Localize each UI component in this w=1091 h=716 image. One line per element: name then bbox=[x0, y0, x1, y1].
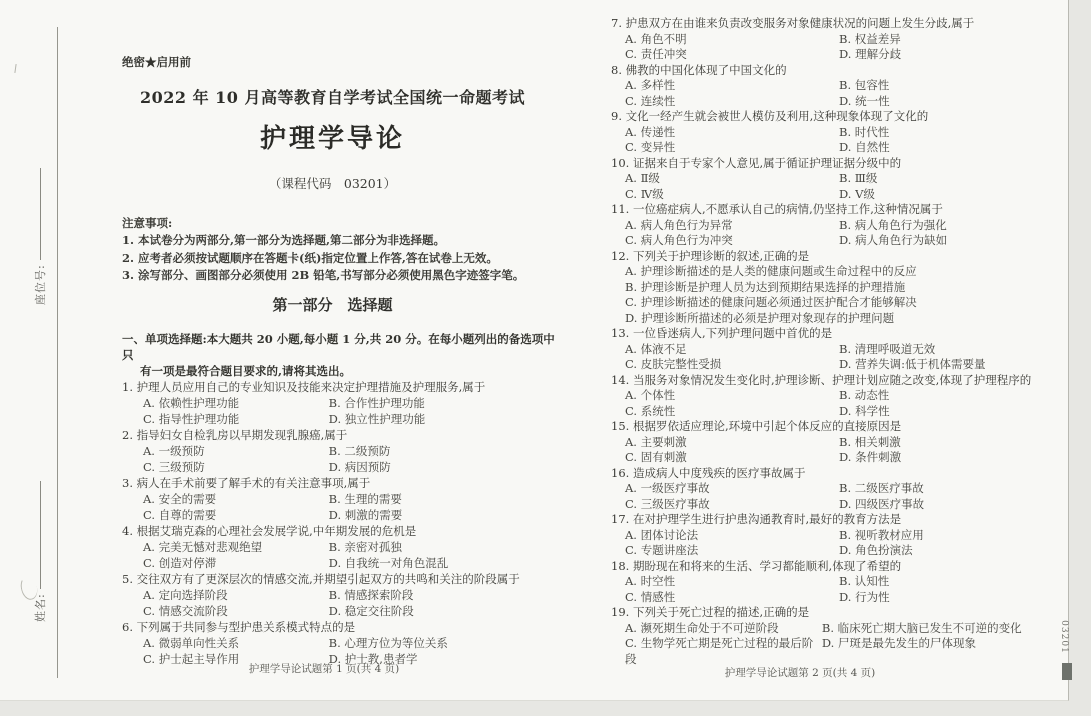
option-list: A. 一级医疗事故B. 二级医疗事故C. 三级医疗事故D. 四级医疗事故 bbox=[605, 481, 1053, 512]
question: 1. 护理人员应用自己的专业知识及技能来决定护理措施及护理服务,属于A. 依赖性… bbox=[100, 379, 565, 427]
question-stem: 10. 证据来自于专家个人意见,属于循证护理证据分级中的 bbox=[605, 156, 1053, 172]
question-area: 一、单项选择题:本大题共 20 小题,每小题 1 分,共 20 分。在每小题列出… bbox=[100, 331, 565, 667]
option: C. 皮肤完整性受损 bbox=[625, 357, 839, 373]
option: A. Ⅱ级 bbox=[625, 171, 839, 187]
option: C. Ⅳ级 bbox=[625, 187, 839, 203]
option: C. 自尊的需要 bbox=[143, 507, 329, 523]
option-list: A. 多样性B. 包容性C. 连续性D. 统一性 bbox=[605, 78, 1053, 109]
question: 11. 一位癌症病人,不愿承认自己的病情,仍坚持工作,这种情况属于A. 病人角色… bbox=[605, 202, 1053, 249]
option: A. 安全的需要 bbox=[143, 491, 329, 507]
section-instruction: 一、单项选择题:本大题共 20 小题,每小题 1 分,共 20 分。在每小题列出… bbox=[100, 331, 565, 379]
option-list: A. 时空性B. 认知性C. 情感性D. 行为性 bbox=[605, 574, 1053, 605]
seat-number-label: 座位号: bbox=[34, 264, 47, 305]
option-list: A. 主要刺激B. 相关刺激C. 固有刺激D. 条件刺激 bbox=[605, 435, 1053, 466]
question-stem: 19. 下列关于死亡过程的描述,正确的是 bbox=[605, 605, 1053, 621]
left-margin-rule bbox=[57, 27, 58, 678]
question-list: 1. 护理人员应用自己的专业知识及技能来决定护理措施及护理服务,属于A. 依赖性… bbox=[100, 379, 565, 667]
registration-mark bbox=[1062, 663, 1072, 680]
option: A. 依赖性护理功能 bbox=[143, 395, 329, 411]
option: B. 临床死亡期大脑已发生不可逆的变化 bbox=[822, 621, 1053, 637]
notice-item: 1. 本试卷分为两部分,第一部分为选择题,第二部分为非选择题。 bbox=[122, 232, 524, 250]
option: B. 视听教材应用 bbox=[839, 528, 1053, 544]
option: C. 三级预防 bbox=[143, 459, 329, 475]
question-stem: 3. 病人在手术前要了解手术的有关注意事项,属于 bbox=[100, 475, 565, 491]
classification-banner: 绝密★启用前 bbox=[122, 54, 191, 70]
option: D. 自我统一对角色混乱 bbox=[329, 555, 565, 571]
option-list: A. 病人角色行为异常B. 病人角色行为强化C. 病人角色行为冲突D. 病人角色… bbox=[605, 218, 1053, 249]
question-stem: 2. 指导妇女自检乳房以早期发现乳腺癌,属于 bbox=[100, 427, 565, 443]
question-stem: 14. 当服务对象情况发生变化时,护理诊断、护理计划应随之改变,体现了护理程序的 bbox=[605, 373, 1053, 389]
option-list: A. 安全的需要B. 生理的需要C. 自尊的需要D. 刺激的需要 bbox=[100, 491, 565, 523]
notice-list: 1. 本试卷分为两部分,第一部分为选择题,第二部分为非选择题。 2. 应考者必须… bbox=[122, 232, 524, 285]
option-list: A. 个体性B. 动态性C. 系统性D. 科学性 bbox=[605, 388, 1053, 419]
question-area: 7. 护患双方在由谁来负责改变服务对象健康状况的问题上发生分歧,属于A. 角色不… bbox=[605, 16, 1053, 667]
option: A. 角色不明 bbox=[625, 32, 839, 48]
option: A. 定向选择阶段 bbox=[143, 587, 329, 603]
page-footer: 护理学导论试题第 1 页(共 4 页) bbox=[100, 661, 548, 676]
question-stem: 17. 在对护理学生进行护患沟通教育时,最好的教育方法是 bbox=[605, 512, 1053, 528]
name-label: 姓名: bbox=[34, 593, 47, 622]
question-stem: 9. 文化一经产生就会被世人模仿及利用,这种现象体现了文化的 bbox=[605, 109, 1053, 125]
option: B. 二级医疗事故 bbox=[839, 481, 1053, 497]
option: D. 稳定交往阶段 bbox=[329, 603, 565, 619]
option: D. 科学性 bbox=[839, 404, 1053, 420]
option: B. 权益差异 bbox=[839, 32, 1053, 48]
seat-number-blank-line bbox=[39, 168, 41, 260]
option: A. 传递性 bbox=[625, 125, 839, 141]
option-list: A. 完美无憾对悲观绝望B. 亲密对孤独C. 创造对停滞D. 自我统一对角色混乱 bbox=[100, 539, 565, 571]
option: A. 完美无憾对悲观绝望 bbox=[143, 539, 329, 555]
option: C. 病人角色行为冲突 bbox=[625, 233, 839, 249]
option: B. 情感探索阶段 bbox=[329, 587, 565, 603]
section-title: 第一部分 选择题 bbox=[100, 294, 565, 315]
option: A. 微弱单向性关系 bbox=[143, 635, 329, 651]
question: 3. 病人在手术前要了解手术的有关注意事项,属于A. 安全的需要B. 生理的需要… bbox=[100, 475, 565, 523]
question: 10. 证据来自于专家个人意见,属于循证护理证据分级中的A. Ⅱ级B. Ⅲ级C.… bbox=[605, 156, 1053, 203]
option: D. 行为性 bbox=[839, 590, 1053, 606]
question: 16. 造成病人中度残疾的医疗事故属于A. 一级医疗事故B. 二级医疗事故C. … bbox=[605, 466, 1053, 513]
question-stem: 13. 一位昏迷病人,下列护理问题中首优的是 bbox=[605, 326, 1053, 342]
option: B. 病人角色行为强化 bbox=[839, 218, 1053, 234]
option: C. 专题讲座法 bbox=[625, 543, 839, 559]
question-stem: 6. 下列属于共同参与型护患关系模式特点的是 bbox=[100, 619, 565, 635]
option: B. 动态性 bbox=[839, 388, 1053, 404]
option: D. 病人角色行为缺如 bbox=[839, 233, 1053, 249]
option-list: A. Ⅱ级B. Ⅲ级C. Ⅳ级D. Ⅴ级 bbox=[605, 171, 1053, 202]
instruction-line: 一、单项选择题:本大题共 20 小题,每小题 1 分,共 20 分。在每小题列出… bbox=[100, 331, 565, 363]
notice-title: 注意事项: bbox=[122, 215, 172, 231]
question: 2. 指导妇女自检乳房以早期发现乳腺癌,属于A. 一级预防B. 二级预防C. 三… bbox=[100, 427, 565, 475]
option: A. 多样性 bbox=[625, 78, 839, 94]
edge-course-code: 03201 bbox=[1059, 617, 1069, 657]
question-stem: 15. 根据罗依适应理论,环境中引起个体反应的直接原因是 bbox=[605, 419, 1053, 435]
question-stem: 8. 佛教的中国化体现了中国文化的 bbox=[605, 63, 1053, 79]
option: B. 认知性 bbox=[839, 574, 1053, 590]
option-list: A. 传递性B. 时代性C. 变异性D. 自然性 bbox=[605, 125, 1053, 156]
notice-item: 3. 涂写部分、画图部分必须使用 2B 铅笔,书写部分必须使用黑色字迹签字笔。 bbox=[122, 267, 524, 285]
question-stem: 16. 造成病人中度残疾的医疗事故属于 bbox=[605, 466, 1053, 482]
option-list: A. 护理诊断描述的是人类的健康问题或生命过程中的反应B. 护理诊断是护理人员为… bbox=[605, 264, 1053, 326]
option: B. 包容性 bbox=[839, 78, 1053, 94]
option: A. 体液不足 bbox=[625, 342, 839, 358]
question: 13. 一位昏迷病人,下列护理问题中首优的是A. 体液不足B. 清理呼吸道无效C… bbox=[605, 326, 1053, 373]
option: D. 病因预防 bbox=[329, 459, 565, 475]
option: D. 角色扮演法 bbox=[839, 543, 1053, 559]
question-stem: 1. 护理人员应用自己的专业知识及技能来决定护理措施及护理服务,属于 bbox=[100, 379, 565, 395]
option: D. 尸斑是最先发生的尸体现象 bbox=[822, 636, 1053, 667]
question-stem: 18. 期盼现在和将来的生活、学习都能顺利,体现了希望的 bbox=[605, 559, 1053, 575]
question: 9. 文化一经产生就会被世人模仿及利用,这种现象体现了文化的A. 传递性B. 时… bbox=[605, 109, 1053, 156]
exam-title: 2022 年 10 月高等教育自学考试全国统一命题考试 bbox=[100, 85, 565, 108]
question: 7. 护患双方在由谁来负责改变服务对象健康状况的问题上发生分歧,属于A. 角色不… bbox=[605, 16, 1053, 63]
option: D. 护理诊断所描述的必须是护理对象现存的护理问题 bbox=[625, 311, 1053, 327]
option: B. 护理诊断是护理人员为达到预期结果选择的护理措施 bbox=[625, 280, 1053, 296]
option: B. 相关刺激 bbox=[839, 435, 1053, 451]
option: C. 责任冲突 bbox=[625, 47, 839, 63]
instruction-line: 有一项是最符合题目要求的,请将其选出。 bbox=[100, 363, 565, 379]
option: D. 理解分歧 bbox=[839, 47, 1053, 63]
question: 6. 下列属于共同参与型护患关系模式特点的是A. 微弱单向性关系B. 心理方位为… bbox=[100, 619, 565, 667]
option-list: A. 一级预防B. 二级预防C. 三级预防D. 病因预防 bbox=[100, 443, 565, 475]
question: 19. 下列关于死亡过程的描述,正确的是A. 濒死期生命处于不可逆阶段B. 临床… bbox=[605, 605, 1053, 667]
name-field: 姓名: bbox=[32, 438, 48, 622]
question-stem: 12. 下列关于护理诊断的叙述,正确的是 bbox=[605, 249, 1053, 265]
option: C. 变异性 bbox=[625, 140, 839, 156]
subject-title: 护理学导论 bbox=[100, 118, 565, 155]
option: D. 统一性 bbox=[839, 94, 1053, 110]
question-stem: 5. 交往双方有了更深层次的情感交流,并期望引起双方的共鸣和关注的阶段属于 bbox=[100, 571, 565, 587]
option-list: A. 依赖性护理功能B. 合作性护理功能C. 指导性护理功能D. 独立性护理功能 bbox=[100, 395, 565, 427]
option: C. 创造对停滞 bbox=[143, 555, 329, 571]
question: 18. 期盼现在和将来的生活、学习都能顺利,体现了希望的A. 时空性B. 认知性… bbox=[605, 559, 1053, 606]
question-stem: 11. 一位癌症病人,不愿承认自己的病情,仍坚持工作,这种情况属于 bbox=[605, 202, 1053, 218]
option: A. 护理诊断描述的是人类的健康问题或生命过程中的反应 bbox=[625, 264, 1053, 280]
option: D. Ⅴ级 bbox=[839, 187, 1053, 203]
option: A. 一级医疗事故 bbox=[625, 481, 839, 497]
option: B. 时代性 bbox=[839, 125, 1053, 141]
question-list: 7. 护患双方在由谁来负责改变服务对象健康状况的问题上发生分歧,属于A. 角色不… bbox=[605, 16, 1053, 667]
option: A. 濒死期生命处于不可逆阶段 bbox=[625, 621, 822, 637]
option: D. 条件刺激 bbox=[839, 450, 1053, 466]
option: A. 一级预防 bbox=[143, 443, 329, 459]
option: C. 指导性护理功能 bbox=[143, 411, 329, 427]
question-stem: 4. 根据艾瑞克森的心理社会发展学说,中年期发展的危机是 bbox=[100, 523, 565, 539]
option: B. 心理方位为等位关系 bbox=[329, 635, 565, 651]
course-code: （课程代码 03201） bbox=[100, 174, 565, 192]
name-blank-line bbox=[39, 481, 41, 589]
question: 5. 交往双方有了更深层次的情感交流,并期望引起双方的共鸣和关注的阶段属于A. … bbox=[100, 571, 565, 619]
option: C. 系统性 bbox=[625, 404, 839, 420]
option: D. 独立性护理功能 bbox=[329, 411, 565, 427]
question-stem: 7. 护患双方在由谁来负责改变服务对象健康状况的问题上发生分歧,属于 bbox=[605, 16, 1053, 32]
option: C. 生物学死亡期是死亡过程的最后阶段 bbox=[625, 636, 822, 667]
option: B. 清理呼吸道无效 bbox=[839, 342, 1053, 358]
option: B. 亲密对孤独 bbox=[329, 539, 565, 555]
option: A. 团体讨论法 bbox=[625, 528, 839, 544]
seat-number-field: 座位号: bbox=[32, 135, 48, 305]
question: 4. 根据艾瑞克森的心理社会发展学说,中年期发展的危机是A. 完美无憾对悲观绝望… bbox=[100, 523, 565, 571]
option: C. 情感交流阶段 bbox=[143, 603, 329, 619]
option: D. 营养失调:低于机体需要量 bbox=[839, 357, 1053, 373]
option: B. 合作性护理功能 bbox=[329, 395, 565, 411]
option: A. 时空性 bbox=[625, 574, 839, 590]
question: 15. 根据罗依适应理论,环境中引起个体反应的直接原因是A. 主要刺激B. 相关… bbox=[605, 419, 1053, 466]
question: 8. 佛教的中国化体现了中国文化的A. 多样性B. 包容性C. 连续性D. 统一… bbox=[605, 63, 1053, 110]
option: A. 病人角色行为异常 bbox=[625, 218, 839, 234]
option: C. 连续性 bbox=[625, 94, 839, 110]
option: C. 情感性 bbox=[625, 590, 839, 606]
page-1: 绝密★启用前 2022 年 10 月高等教育自学考试全国统一命题考试 护理学导论… bbox=[100, 0, 565, 716]
notice-item: 2. 应考者必须按试题顺序在答题卡(纸)指定位置上作答,答在试卷上无效。 bbox=[122, 250, 524, 268]
option: A. 个体性 bbox=[625, 388, 839, 404]
option: B. Ⅲ级 bbox=[839, 171, 1053, 187]
option-list: A. 角色不明B. 权益差异C. 责任冲突D. 理解分歧 bbox=[605, 32, 1053, 63]
option-list: A. 濒死期生命处于不可逆阶段B. 临床死亡期大脑已发生不可逆的变化C. 生物学… bbox=[605, 621, 1053, 668]
option: D. 自然性 bbox=[839, 140, 1053, 156]
option: C. 固有刺激 bbox=[625, 450, 839, 466]
option: A. 主要刺激 bbox=[625, 435, 839, 451]
option: C. 护理诊断描述的健康问题必须通过医护配合才能够解决 bbox=[625, 295, 1053, 311]
option: D. 刺激的需要 bbox=[329, 507, 565, 523]
option: B. 二级预防 bbox=[329, 443, 565, 459]
option: D. 四级医疗事故 bbox=[839, 497, 1053, 513]
option: C. 三级医疗事故 bbox=[625, 497, 839, 513]
option-list: A. 定向选择阶段B. 情感探索阶段C. 情感交流阶段D. 稳定交往阶段 bbox=[100, 587, 565, 619]
question: 14. 当服务对象情况发生变化时,护理诊断、护理计划应随之改变,体现了护理程序的… bbox=[605, 373, 1053, 420]
option-list: A. 团体讨论法B. 视听教材应用C. 专题讲座法D. 角色扮演法 bbox=[605, 528, 1053, 559]
page-footer: 护理学导论试题第 2 页(共 4 页) bbox=[605, 665, 995, 680]
page-2: 7. 护患双方在由谁来负责改变服务对象健康状况的问题上发生分歧,属于A. 角色不… bbox=[605, 0, 1053, 716]
option-list: A. 体液不足B. 清理呼吸道无效C. 皮肤完整性受损D. 营养失调:低于机体需… bbox=[605, 342, 1053, 373]
option: B. 生理的需要 bbox=[329, 491, 565, 507]
question: 12. 下列关于护理诊断的叙述,正确的是A. 护理诊断描述的是人类的健康问题或生… bbox=[605, 249, 1053, 327]
question: 17. 在对护理学生进行护患沟通教育时,最好的教育方法是A. 团体讨论法B. 视… bbox=[605, 512, 1053, 559]
